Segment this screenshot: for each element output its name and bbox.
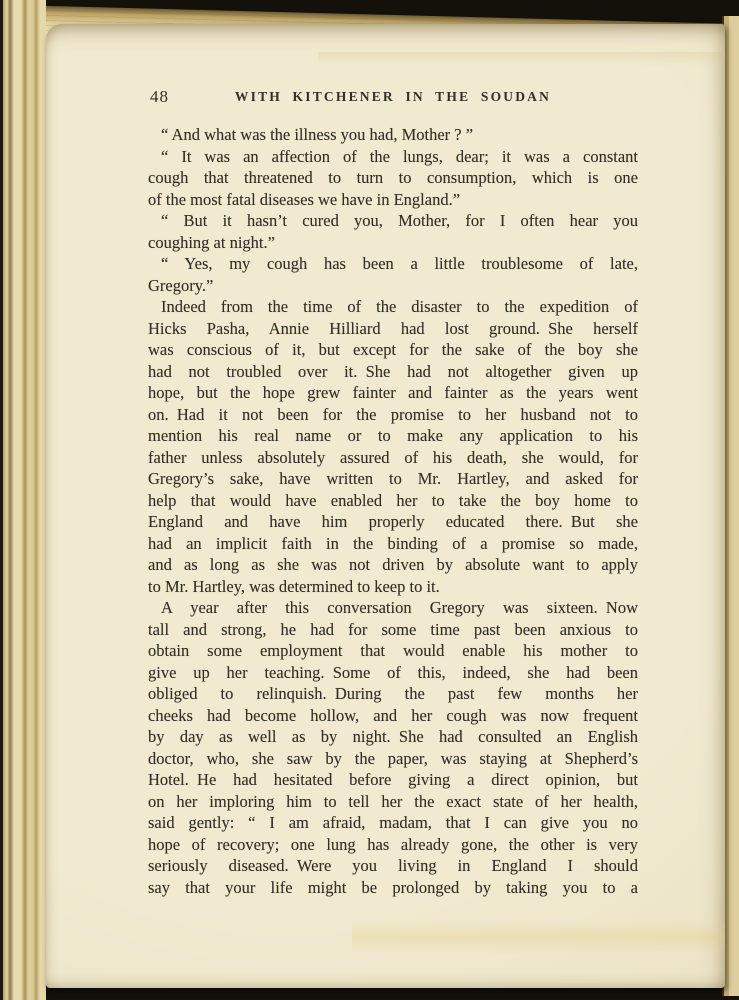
text-line: said gently: “ I am afraid, madam, that … xyxy=(148,812,638,834)
text-line: obliged to relinquish. During the past f… xyxy=(148,683,638,705)
scanned-book-photo: 48 WITH KITCHENER IN THE SOUDAN “ And wh… xyxy=(0,0,739,1000)
page-discoloration-bottom xyxy=(352,920,725,954)
text-line: seriously diseased. Were you living in E… xyxy=(148,855,638,877)
book-binding-page-edges xyxy=(0,0,46,1000)
text-line: had not troubled over it. She had not al… xyxy=(148,361,638,383)
text-line: “ It was an affection of the lungs, dear… xyxy=(148,146,638,168)
text-line: England and have him properly educated t… xyxy=(148,511,638,533)
text-line: mention his real name or to make any app… xyxy=(148,425,638,447)
text-line: hope, but the hope grew fainter and fain… xyxy=(148,382,638,404)
text-line: Gregory.” xyxy=(148,275,638,297)
text-line: by day as well as by night. She had cons… xyxy=(148,726,638,748)
text-line: A year after this conversation Gregory w… xyxy=(148,597,638,619)
text-line: cheeks had become hollow, and her cough … xyxy=(148,705,638,727)
text-line: coughing at night.” xyxy=(148,232,638,254)
text-line: had an implicit faith in the binding of … xyxy=(148,533,638,555)
text-line: “ But it hasn’t cured you, Mother, for I… xyxy=(148,210,638,232)
text-line: on. Had it not been for the promise to h… xyxy=(148,404,638,426)
text-line: hope of recovery; one lung has already g… xyxy=(148,834,638,856)
text-line: tall and strong, he had for some time pa… xyxy=(148,619,638,641)
text-line: give up her teaching. Some of this, inde… xyxy=(148,662,638,684)
text-line: obtain some employment that would enable… xyxy=(148,640,638,662)
text-line: “ Yes, my cough has been a little troubl… xyxy=(148,253,638,275)
text-line: Gregory’s sake, have written to Mr. Hart… xyxy=(148,468,638,490)
text-line: cough that threatened to turn to consump… xyxy=(148,167,638,189)
book-page: 48 WITH KITCHENER IN THE SOUDAN “ And wh… xyxy=(46,24,725,988)
page-number: 48 xyxy=(150,87,169,107)
text-line: was conscious of it, but except for the … xyxy=(148,339,638,361)
text-line: father unless absolutely assured of his … xyxy=(148,447,638,469)
page-header: 48 WITH KITCHENER IN THE SOUDAN xyxy=(148,87,638,107)
text-line: to Mr. Hartley, was determined to keep t… xyxy=(148,576,638,598)
text-line: help that would have enabled her to take… xyxy=(148,490,638,512)
text-line: doctor, who, she saw by the paper, was s… xyxy=(148,748,638,770)
page-discoloration-top xyxy=(318,52,725,66)
text-line: on her imploring him to tell her the exa… xyxy=(148,791,638,813)
text-line: “ And what was the illness you had, Moth… xyxy=(148,124,638,146)
running-header: WITH KITCHENER IN THE SOUDAN xyxy=(148,87,638,105)
text-line: Hotel. He had hesitated before giving a … xyxy=(148,769,638,791)
text-line: Hicks Pasha, Annie Hilliard had lost gro… xyxy=(148,318,638,340)
text-line: and as long as she was not driven by abs… xyxy=(148,554,638,576)
page-body: “ And what was the illness you had, Moth… xyxy=(148,124,638,898)
text-line: Indeed from the time of the disaster to … xyxy=(148,296,638,318)
text-line: of the most fatal diseases we have in En… xyxy=(148,189,638,211)
text-line: say that your life might be prolonged by… xyxy=(148,877,638,899)
